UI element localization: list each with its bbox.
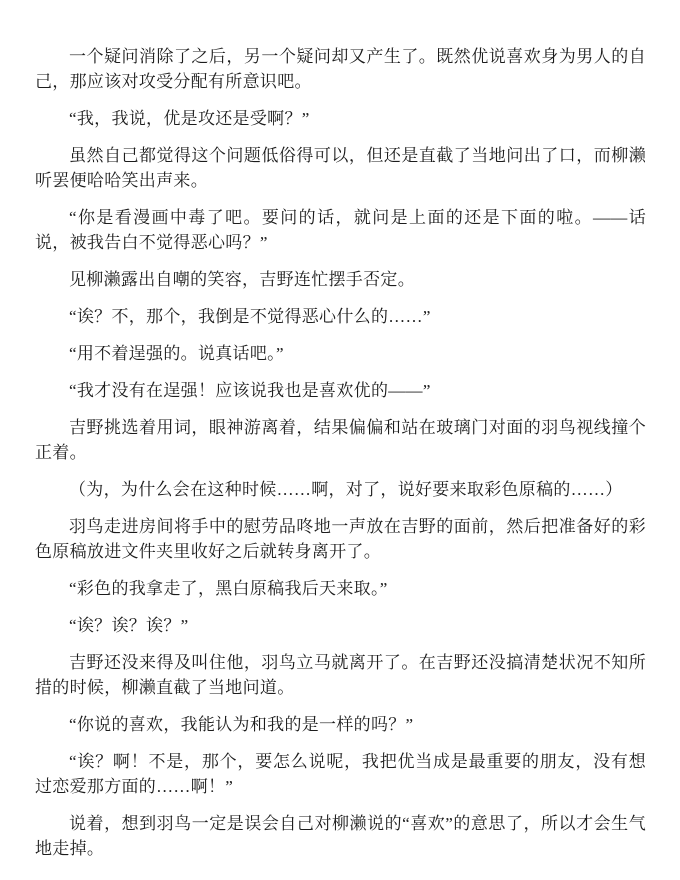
paragraph: 说着，想到羽鸟一定是误会自己对柳濑说的“喜欢”的意思了，所以才会生气地走掉。: [35, 811, 646, 861]
paragraph: 见柳濑露出自嘲的笑容，吉野连忙摆手否定。: [35, 267, 646, 292]
document-page: 一个疑问消除了之后，另一个疑问却又产生了。既然优说喜欢身为男人的自己，那应该对攻…: [0, 0, 680, 880]
paragraph: 羽鸟走进房间将手中的慰劳品咚地一声放在吉野的面前，然后把准备好的彩色原稿放进文件…: [35, 514, 646, 564]
paragraph-dialogue: “诶？啊！不是，那个，要怎么说呢，我把优当成是最重要的朋友，没有想过恋爱那方面的…: [35, 749, 646, 799]
paragraph-dialogue: “诶？不，那个，我倒是不觉得恶心什么的……”: [35, 304, 646, 329]
paragraph-dialogue: “诶？诶？诶？”: [35, 613, 646, 638]
paragraph-dialogue: “用不着逞强的。说真话吧。”: [35, 341, 646, 366]
paragraph-dialogue: “我才没有在逞强！应该说我也是喜欢优的——”: [35, 378, 646, 403]
paragraph: 吉野挑选着用词，眼神游离着，结果偏偏和站在玻璃门对面的羽鸟视线撞个正着。: [35, 415, 646, 465]
paragraph: 虽然自己都觉得这个问题低俗得可以，但还是直截了当地问出了口，而柳濑听罢便哈哈笑出…: [35, 143, 646, 193]
paragraph-dialogue: “你是看漫画中毒了吧。要问的话，就问是上面的还是下面的啦。——话说，被我告白不觉…: [35, 205, 646, 255]
paragraph-inner-thought: （为，为什么会在这种时候……啊，对了，说好要来取彩色原稿的……）: [35, 477, 646, 502]
paragraph-dialogue: “我，我说，优是攻还是受啊？”: [35, 106, 646, 131]
paragraph-dialogue: “彩色的我拿走了，黑白原稿我后天来取。”: [35, 576, 646, 601]
paragraph: 吉野还没来得及叫住他，羽鸟立马就离开了。在吉野还没搞清楚状况不知所措的时候，柳濑…: [35, 650, 646, 700]
paragraph-dialogue: “你说的喜欢，我能认为和我的是一样的吗？”: [35, 712, 646, 737]
paragraph: 一个疑问消除了之后，另一个疑问却又产生了。既然优说喜欢身为男人的自己，那应该对攻…: [35, 44, 646, 94]
